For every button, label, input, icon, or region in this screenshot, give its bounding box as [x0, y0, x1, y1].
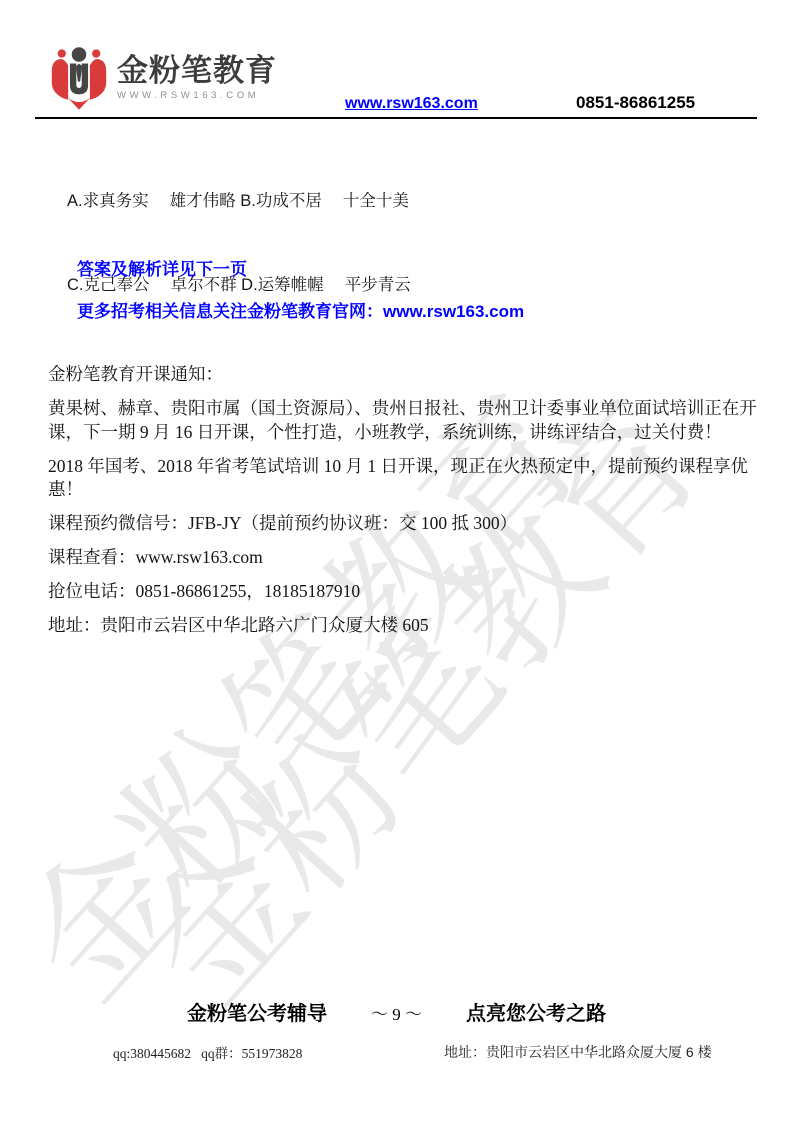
page-number: ～ 9 ～ [371, 1000, 422, 1025]
notice-paragraph-6: 地址：贵阳市云岩区中华北路六广门众厦大楼 605 [48, 614, 762, 638]
official-site-note: 更多招考相关信息关注金粉笔教育官网：www.rsw163.com [77, 297, 524, 322]
footer-contact-row: qq:380445682 qq群：551973828 地址：贵阳市云岩区中华北路… [0, 1042, 793, 1064]
notice-paragraph-2: 2018 年国考、2018 年省考笔试培训 10 月 1 日开课，现正在火热预定… [48, 455, 762, 502]
brand-site-caps: WWW.RSW163.COM [117, 90, 277, 101]
brand-name: 金粉笔教育 [117, 55, 277, 88]
phone-number: 0851-86861255 [576, 93, 695, 113]
header-divider [35, 117, 757, 119]
brand-logo: 金粉笔教育 WWW.RSW163.COM [50, 46, 277, 110]
footer-brand-label: 金粉笔公考辅导 [187, 997, 327, 1026]
brand-logo-text: 金粉笔教育 WWW.RSW163.COM [117, 55, 277, 102]
footer-slogan: 金粉笔公考辅导 ～ 9 ～ 点亮您公考之路 [0, 997, 793, 1026]
people-u-logo-icon [50, 46, 108, 110]
course-notice: 金粉笔教育开课通知： 黄果树、赫章、贵阳市属（国土资源局）、贵州日报社、贵州卫计… [48, 363, 762, 648]
notice-paragraph-1: 黄果树、赫章、贵阳市属（国土资源局）、贵州日报社、贵州卫计委事业单位面试培训正在… [48, 397, 762, 444]
answer-note: 答案及解析详见下一页 [77, 255, 247, 280]
notice-paragraph-3: 课程预约微信号：JFB-JY（提前预约协议班：交 100 抵 300） [48, 512, 762, 536]
notice-title: 金粉笔教育开课通知： [48, 363, 762, 387]
notice-paragraph-5: 抢位电话：0851-86861255，18185187910 [48, 580, 762, 604]
options-line-ab: A.求真务实 雄才伟略 B.功成不居 十全十美 [67, 187, 411, 215]
website-link[interactable]: www.rsw163.com [345, 95, 478, 113]
footer-slogan-label: 点亮您公考之路 [466, 997, 606, 1026]
notice-paragraph-4: 课程查看：www.rsw163.com [48, 546, 762, 570]
footer-address: 地址：贵阳市云岩区中华北路众厦大厦 6 楼 [444, 1042, 712, 1062]
footer-qq-info: qq:380445682 qq群：551973828 [113, 1042, 302, 1062]
document-page: 金粉笔教育 金粉笔教育 金粉笔教育 WWW.RSW163.COM www.rsw… [0, 0, 793, 1122]
